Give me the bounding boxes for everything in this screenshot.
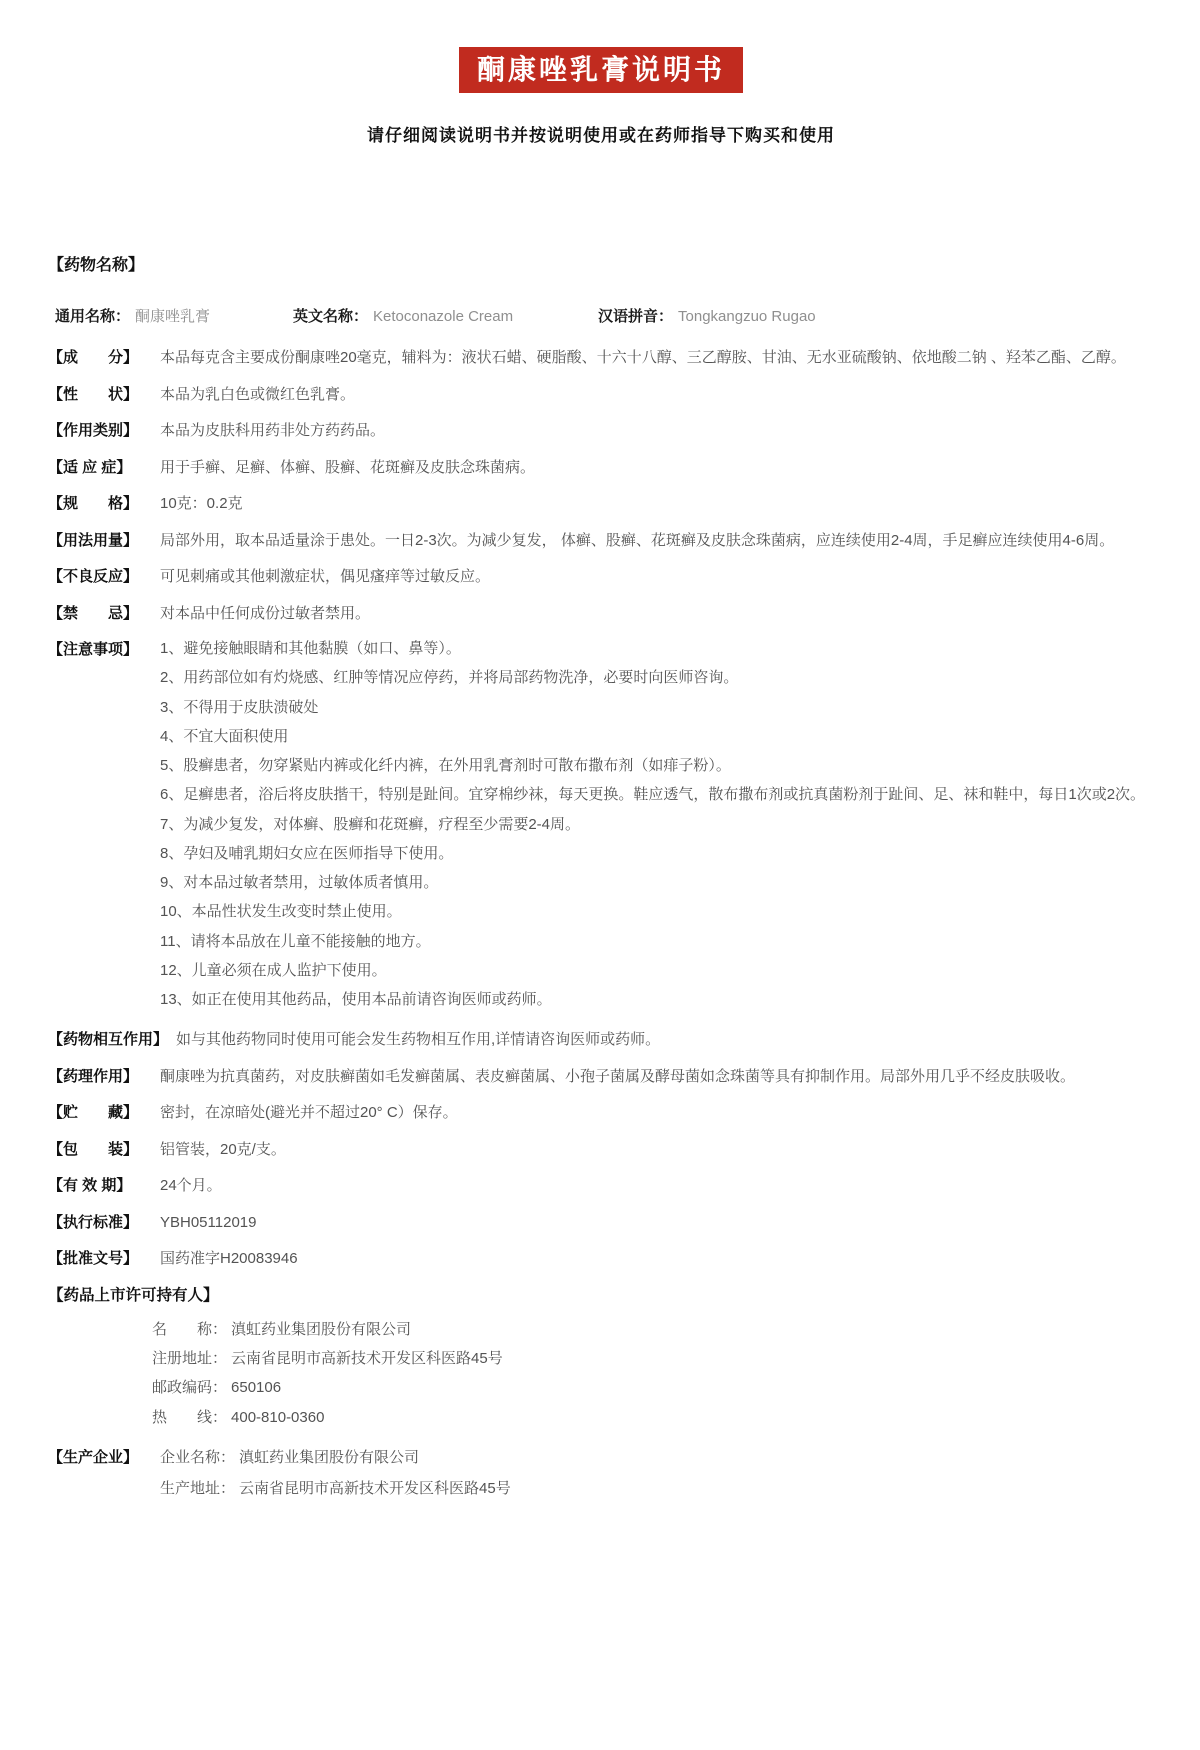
section-storage: 【贮 藏】 密封，在凉暗处(避光并不超过20° C）保存。 <box>48 1097 1154 1129</box>
section-manufacturer-label: 【生产企业】 <box>48 1442 160 1505</box>
manufacturer-rows: 企业名称：滇虹药业集团股份有限公司 生产地址：云南省昆明市高新技术开发区科医路4… <box>160 1442 1154 1505</box>
holder-name-label: 名 称： <box>152 1321 227 1338</box>
section-contraindications-label: 【禁 忌】 <box>48 598 160 630</box>
holder-postcode-row: 邮政编码：650106 <box>152 1373 1154 1402</box>
precaution-item: 2、用药部位如有灼烧感、红肿等情况应停药，并将局部药物洗净，必要时向医师咨询。 <box>160 663 1154 692</box>
holder-postcode-value: 650106 <box>231 1379 281 1396</box>
license-holder-rows: 名 称：滇虹药业集团股份有限公司 注册地址：云南省昆明市高新技术开发区科医路45… <box>152 1315 1154 1432</box>
precaution-item: 12、儿童必须在成人监护下使用。 <box>160 956 1154 985</box>
section-pharmacology-text: 酮康唑为抗真菌药，对皮肤癣菌如毛发癣菌属、表皮癣菌属、小孢子菌属及酵母菌如念珠菌… <box>160 1061 1154 1093</box>
section-packaging: 【包 装】 铝管装，20克/支。 <box>48 1134 1154 1166</box>
holder-name-row: 名 称：滇虹药业集团股份有限公司 <box>152 1315 1154 1344</box>
section-approval-number: 【批准文号】 国药准字H20083946 <box>48 1243 1154 1275</box>
section-approval-number-label: 【批准文号】 <box>48 1243 160 1275</box>
section-manufacturer: 【生产企业】 企业名称：滇虹药业集团股份有限公司 生产地址：云南省昆明市高新技术… <box>48 1442 1154 1505</box>
pinyin-name-value: Tongkangzuo Rugao <box>678 308 816 325</box>
precaution-item: 4、不宜大面积使用 <box>160 722 1154 751</box>
section-validity: 【有 效 期】 24个月。 <box>48 1170 1154 1202</box>
holder-hotline-label: 热 线： <box>152 1409 227 1426</box>
section-packaging-label: 【包 装】 <box>48 1134 160 1166</box>
generic-name-group: 通用名称：酮康唑乳膏 <box>55 305 293 326</box>
section-validity-text: 24个月。 <box>160 1170 1154 1202</box>
license-holder-header: 【药品上市许可持有人】 <box>48 1283 1154 1305</box>
section-dosage-text: 局部外用，取本品适量涂于患处。一日2-3次。为减少复发， 体癣、股癣、花斑癣及皮… <box>160 525 1154 557</box>
english-name-label: 英文名称： <box>293 308 368 325</box>
section-composition-label: 【成 分】 <box>48 342 160 374</box>
section-drug-interactions: 【药物相互作用】 如与其他药物同时使用可能会发生药物相互作用,详情请咨询医师或药… <box>48 1024 1154 1056</box>
section-pharmacology: 【药理作用】 酮康唑为抗真菌药，对皮肤癣菌如毛发癣菌属、表皮癣菌属、小孢子菌属及… <box>48 1061 1154 1093</box>
section-specification-text: 10克：0.2克 <box>160 488 1154 520</box>
precaution-item: 8、孕妇及哺乳期妇女应在医师指导下使用。 <box>160 839 1154 868</box>
holder-registered-address-label: 注册地址： <box>152 1350 227 1367</box>
section-dosage-label: 【用法用量】 <box>48 525 160 557</box>
precaution-item: 1、避免接触眼睛和其他黏膜（如口、鼻等）。 <box>160 634 1154 663</box>
generic-name-label: 通用名称： <box>55 308 130 325</box>
pinyin-name-label: 汉语拼音： <box>598 308 673 325</box>
section-category-label: 【作用类别】 <box>48 415 160 447</box>
manufacturer-address-row: 生产地址：云南省昆明市高新技术开发区科医路45号 <box>160 1473 1154 1505</box>
section-standard: 【执行标准】 YBH05112019 <box>48 1207 1154 1239</box>
section-properties-text: 本品为乳白色或微红色乳膏。 <box>160 379 1154 411</box>
precaution-item: 13、如正在使用其他药品，使用本品前请咨询医师或药师。 <box>160 985 1154 1014</box>
section-properties: 【性 状】 本品为乳白色或微红色乳膏。 <box>48 379 1154 411</box>
section-dosage: 【用法用量】 局部外用，取本品适量涂于患处。一日2-3次。为减少复发， 体癣、股… <box>48 525 1154 557</box>
manufacturer-name-row: 企业名称：滇虹药业集团股份有限公司 <box>160 1442 1154 1474</box>
precaution-item: 5、股癣患者，勿穿紧贴内裤或化纤内裤，在外用乳膏剂时可散布撒布剂（如痱子粉）。 <box>160 751 1154 780</box>
manufacturer-name-value: 滇虹药业集团股份有限公司 <box>239 1449 419 1466</box>
generic-name-value: 酮康唑乳膏 <box>135 308 210 325</box>
precaution-item: 11、请将本品放在儿童不能接触的地方。 <box>160 927 1154 956</box>
section-precautions: 【注意事项】 1、避免接触眼睛和其他黏膜（如口、鼻等）。 2、用药部位如有灼烧感… <box>48 634 1154 1014</box>
pinyin-name-group: 汉语拼音：Tongkangzuo Rugao <box>598 305 816 326</box>
holder-registered-address-value: 云南省昆明市高新技术开发区科医路45号 <box>231 1350 503 1367</box>
manufacturer-name-label: 企业名称： <box>160 1449 235 1466</box>
precaution-item: 9、对本品过敏者禁用，过敏体质者慎用。 <box>160 868 1154 897</box>
section-validity-label: 【有 效 期】 <box>48 1170 160 1202</box>
section-pharmacology-label: 【药理作用】 <box>48 1061 160 1093</box>
page-title: 酮康唑乳膏说明书 <box>459 47 743 93</box>
section-composition-text: 本品每克含主要成份酮康唑20毫克，辅料为：液状石蜡、硬脂酸、十六十八醇、三乙醇胺… <box>160 342 1154 374</box>
english-name-group: 英文名称：Ketoconazole Cream <box>293 305 598 326</box>
section-composition: 【成 分】 本品每克含主要成份酮康唑20毫克，辅料为：液状石蜡、硬脂酸、十六十八… <box>48 342 1154 374</box>
holder-registered-address-row: 注册地址：云南省昆明市高新技术开发区科医路45号 <box>152 1344 1154 1373</box>
section-packaging-text: 铝管装，20克/支。 <box>160 1134 1154 1166</box>
drug-name-header: 【药物名称】 <box>48 252 1154 275</box>
holder-hotline-row: 热 线：400-810-0360 <box>152 1403 1154 1432</box>
section-precautions-list: 1、避免接触眼睛和其他黏膜（如口、鼻等）。 2、用药部位如有灼烧感、红肿等情况应… <box>160 634 1154 1014</box>
precaution-item: 3、不得用于皮肤溃破处 <box>160 693 1154 722</box>
section-drug-interactions-label: 【药物相互作用】 <box>48 1024 176 1056</box>
holder-name-value: 滇虹药业集团股份有限公司 <box>231 1321 411 1338</box>
section-category-text: 本品为皮肤科用药非处方药药品。 <box>160 415 1154 447</box>
precaution-item: 6、足癣患者，浴后将皮肤揩干，特别是趾间。宜穿棉纱袜，每天更换。鞋应透气，散布撒… <box>160 780 1154 809</box>
section-drug-interactions-text: 如与其他药物同时使用可能会发生药物相互作用,详情请咨询医师或药师。 <box>176 1024 1154 1056</box>
section-standard-text: YBH05112019 <box>160 1207 1154 1239</box>
section-precautions-label: 【注意事项】 <box>48 634 160 1014</box>
precaution-item: 10、本品性状发生改变时禁止使用。 <box>160 897 1154 926</box>
section-storage-text: 密封，在凉暗处(避光并不超过20° C）保存。 <box>160 1097 1154 1129</box>
section-standard-label: 【执行标准】 <box>48 1207 160 1239</box>
section-storage-label: 【贮 藏】 <box>48 1097 160 1129</box>
english-name-value: Ketoconazole Cream <box>373 308 513 325</box>
section-contraindications-text: 对本品中任何成份过敏者禁用。 <box>160 598 1154 630</box>
section-category: 【作用类别】 本品为皮肤科用药非处方药药品。 <box>48 415 1154 447</box>
manufacturer-address-value: 云南省昆明市高新技术开发区科医路45号 <box>239 1480 511 1497</box>
section-specification-label: 【规 格】 <box>48 488 160 520</box>
section-contraindications: 【禁 忌】 对本品中任何成份过敏者禁用。 <box>48 598 1154 630</box>
holder-hotline-value: 400-810-0360 <box>231 1409 324 1426</box>
section-indications: 【适 应 症】 用于手癣、足癣、体癣、股癣、花斑癣及皮肤念珠菌病。 <box>48 452 1154 484</box>
section-adverse-reactions-label: 【不良反应】 <box>48 561 160 593</box>
title-row: 酮康唑乳膏说明书 <box>48 47 1154 93</box>
section-indications-label: 【适 应 症】 <box>48 452 160 484</box>
section-properties-label: 【性 状】 <box>48 379 160 411</box>
section-approval-number-text: 国药准字H20083946 <box>160 1243 1154 1275</box>
holder-postcode-label: 邮政编码： <box>152 1379 227 1396</box>
section-indications-text: 用于手癣、足癣、体癣、股癣、花斑癣及皮肤念珠菌病。 <box>160 452 1154 484</box>
drug-name-row: 通用名称：酮康唑乳膏 英文名称：Ketoconazole Cream 汉语拼音：… <box>48 305 1154 326</box>
section-adverse-reactions-text: 可见刺痛或其他刺激症状，偶见瘙痒等过敏反应。 <box>160 561 1154 593</box>
read-instructions-notice: 请仔细阅读说明书并按说明使用或在药师指导下购买和使用 <box>48 121 1154 146</box>
drug-leaflet-page: 酮康唑乳膏说明书 请仔细阅读说明书并按说明使用或在药师指导下购买和使用 【药物名… <box>0 0 1200 1750</box>
precaution-item: 7、为减少复发，对体癣、股癣和花斑癣，疗程至少需要2-4周。 <box>160 810 1154 839</box>
manufacturer-address-label: 生产地址： <box>160 1480 235 1497</box>
section-specification: 【规 格】 10克：0.2克 <box>48 488 1154 520</box>
section-adverse-reactions: 【不良反应】 可见刺痛或其他刺激症状，偶见瘙痒等过敏反应。 <box>48 561 1154 593</box>
